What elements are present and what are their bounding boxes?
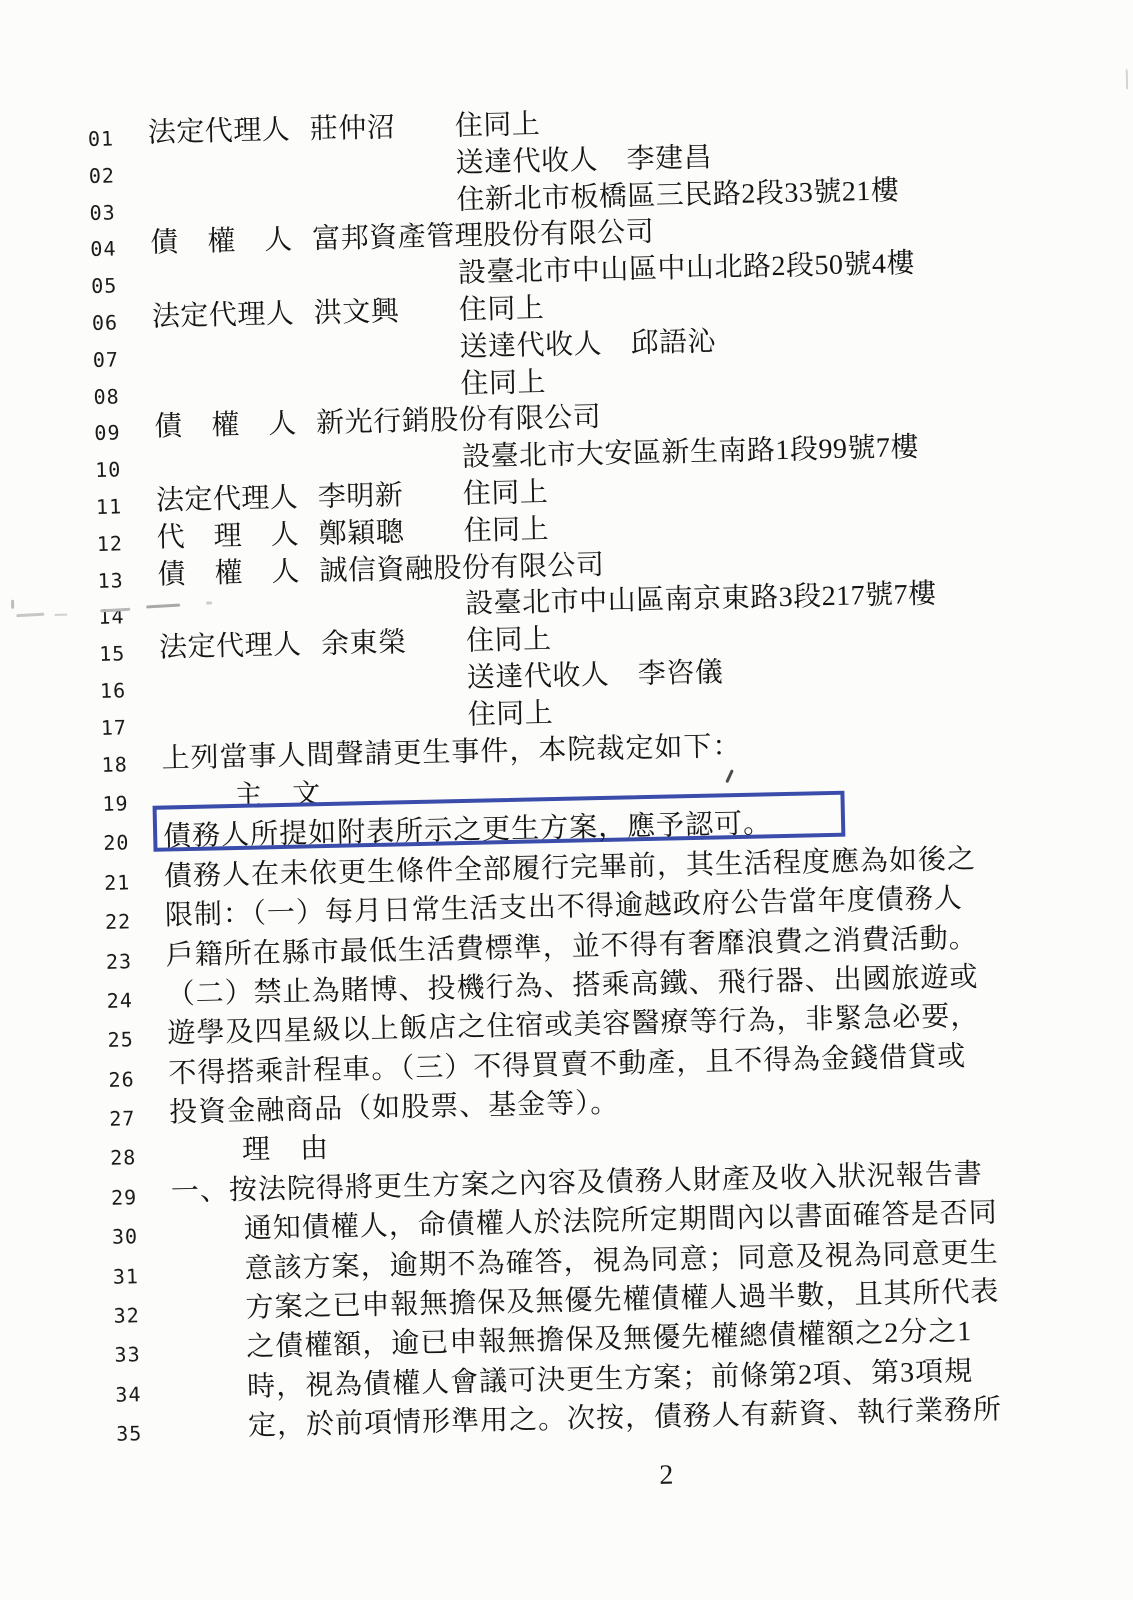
page-number: 2	[659, 1460, 674, 1492]
line-number: 11	[96, 494, 123, 519]
party-address: 住同上	[462, 477, 548, 511]
scan-artifact-edge	[11, 600, 14, 609]
party-role: 法定代理人	[148, 115, 291, 150]
party-role: 債 權 人	[154, 409, 297, 444]
line-number: 03	[89, 200, 116, 225]
line-number: 13	[97, 568, 124, 593]
line-number: 06	[92, 310, 119, 335]
line-text: 主 文	[234, 779, 322, 813]
line-number: 34	[115, 1382, 142, 1407]
scan-artifact-dash	[54, 614, 67, 616]
line-number: 19	[102, 791, 129, 816]
line-number: 20	[103, 831, 130, 856]
party-name: 富邦資產管理股份有限公司	[312, 217, 655, 257]
party-address: 住同上	[454, 109, 540, 143]
scanned-court-document-page: 01 法定代理人 莊仲沼 住同上 02 送達代收人 李建昌 03 住新北市板橋區…	[0, 0, 1133, 1600]
line-number: 16	[100, 678, 127, 703]
line-number: 17	[101, 715, 128, 740]
line-number: 10	[95, 458, 122, 483]
line-number: 05	[91, 274, 118, 299]
line-number: 23	[106, 949, 133, 974]
line-number: 02	[89, 163, 116, 188]
party-name: 新光行銷股份有限公司	[316, 402, 602, 440]
party-address: 住同上	[467, 698, 553, 732]
line-number: 15	[99, 642, 126, 667]
line-number: 27	[109, 1106, 136, 1131]
line-number: 25	[107, 1028, 134, 1053]
party-role: 法定代理人	[159, 630, 302, 665]
party-role: 代 理 人	[156, 519, 299, 554]
line-number: 30	[112, 1224, 139, 1249]
ruling-text: 18 上列當事人間聲請更生事件，本院裁定如下： 19 主 文 20 債務人所提如…	[13, 722, 1133, 1456]
line-number: 33	[114, 1343, 141, 1368]
line-number: 09	[94, 421, 121, 446]
scan-artifact-dot	[206, 601, 212, 604]
line-number: 31	[113, 1264, 140, 1289]
line-number: 22	[105, 909, 132, 934]
line-number: 04	[90, 237, 117, 262]
party-role: 債 權 人	[150, 225, 293, 260]
document-content: 01 法定代理人 莊仲沼 住同上 02 送達代收人 李建昌 03 住新北市板橋區…	[0, 0, 1133, 1600]
party-role: 債 權 人	[157, 556, 300, 591]
party-name: 余東榮	[321, 627, 407, 661]
line-number: 24	[107, 988, 134, 1013]
party-name: 洪文興	[314, 296, 400, 330]
line-number: 07	[93, 347, 120, 372]
party-role: 法定代理人	[152, 299, 295, 334]
line-number: 28	[110, 1146, 137, 1171]
party-address: 住同上	[458, 293, 544, 327]
party-role: 法定代理人	[156, 483, 299, 518]
party-address: 住同上	[460, 367, 546, 401]
party-name: 誠信資融股份有限公司	[319, 549, 605, 587]
party-list: 01 法定代理人 莊仲沼 住同上 02 送達代收人 李建昌 03 住新北市板橋區…	[0, 0, 1133, 746]
party-name: 李明新	[318, 480, 404, 514]
party-name: 鄭穎聰	[318, 517, 404, 551]
line-number: 01	[88, 126, 115, 151]
line-number: 26	[108, 1067, 135, 1092]
line-number: 12	[97, 531, 124, 556]
scan-artifact-edge	[1126, 69, 1128, 89]
line-number: 32	[113, 1303, 140, 1328]
line-number: 35	[116, 1421, 143, 1446]
party-address: 住同上	[463, 514, 549, 548]
line-text: 理 由	[242, 1133, 330, 1167]
line-number: 08	[93, 384, 120, 409]
party-name: 莊仲沼	[309, 112, 395, 146]
party-address: 送達代收人 李咨儀	[466, 657, 723, 695]
line-number: 21	[104, 870, 131, 895]
party-address: 送達代收人 邱語沁	[459, 326, 716, 364]
party-address: 送達代收人 李建昌	[455, 142, 712, 180]
party-address: 住同上	[466, 624, 552, 658]
line-number: 18	[101, 752, 128, 777]
line-number: 29	[111, 1185, 138, 1210]
